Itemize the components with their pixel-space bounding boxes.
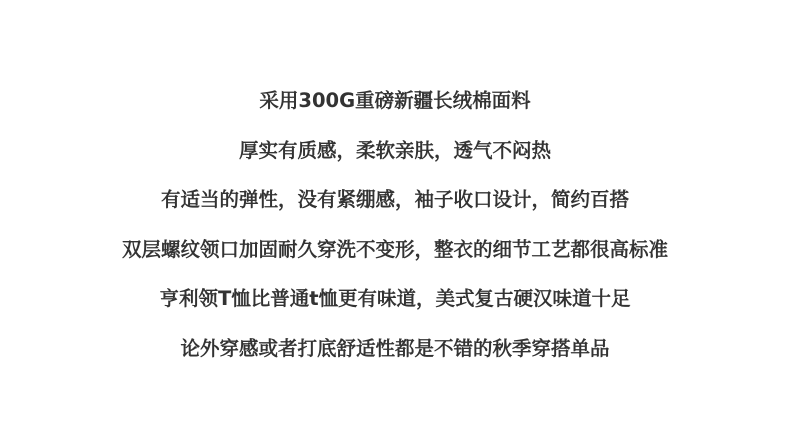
description-line-style: 亨利领T恤比普通t恤更有味道，美式复古硬汉味道十足	[159, 284, 630, 334]
product-description: 采用300G重磅新疆长绒棉面料 厚实有质感，柔软亲肤，透气不闷热 有适当的弹性，…	[0, 86, 790, 384]
description-line-elasticity: 有适当的弹性，没有紧绷感，袖子收口设计，简约百搭	[161, 185, 629, 235]
description-line-fabric: 采用300G重磅新疆长绒棉面料	[259, 86, 530, 136]
description-line-texture: 厚实有质感，柔软亲肤，透气不闷热	[239, 136, 551, 186]
description-line-versatility: 论外穿感或者打底舒适性都是不错的秋季穿搭单品	[180, 334, 609, 384]
description-line-collar: 双层螺纹领口加固耐久穿洗不变形，整衣的细节工艺都很高标准	[122, 235, 668, 285]
